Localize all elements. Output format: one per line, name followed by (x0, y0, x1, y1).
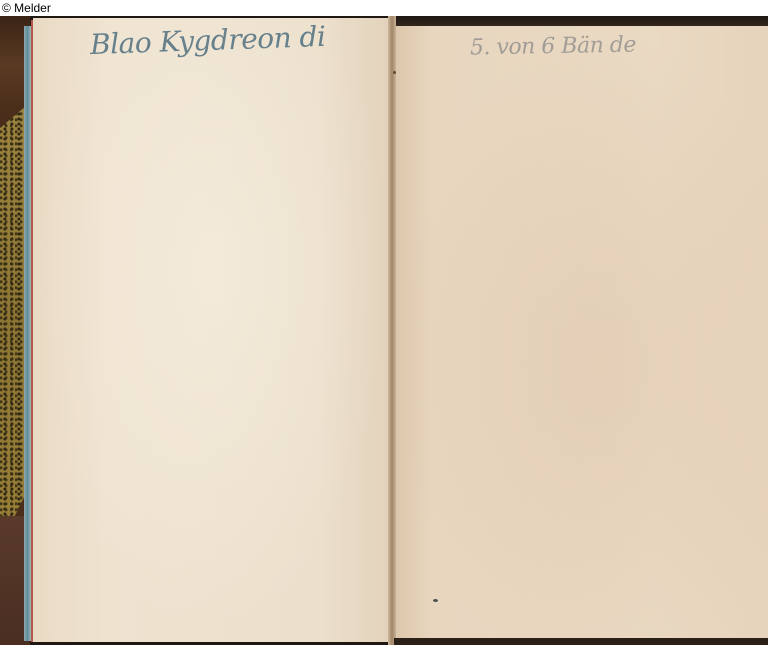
book-photo (0, 16, 768, 645)
marbled-cover-paper (0, 106, 26, 546)
left-page (33, 18, 391, 642)
page-edge-blue (24, 26, 31, 641)
book-gutter (388, 16, 396, 645)
ink-speck (393, 71, 396, 74)
photo-credit: © Melder (2, 1, 51, 15)
handwritten-note-right: 5. von 6 Bän de (470, 33, 636, 61)
right-page (394, 26, 768, 642)
ink-speck (433, 599, 438, 602)
bottom-shadow (394, 638, 768, 645)
